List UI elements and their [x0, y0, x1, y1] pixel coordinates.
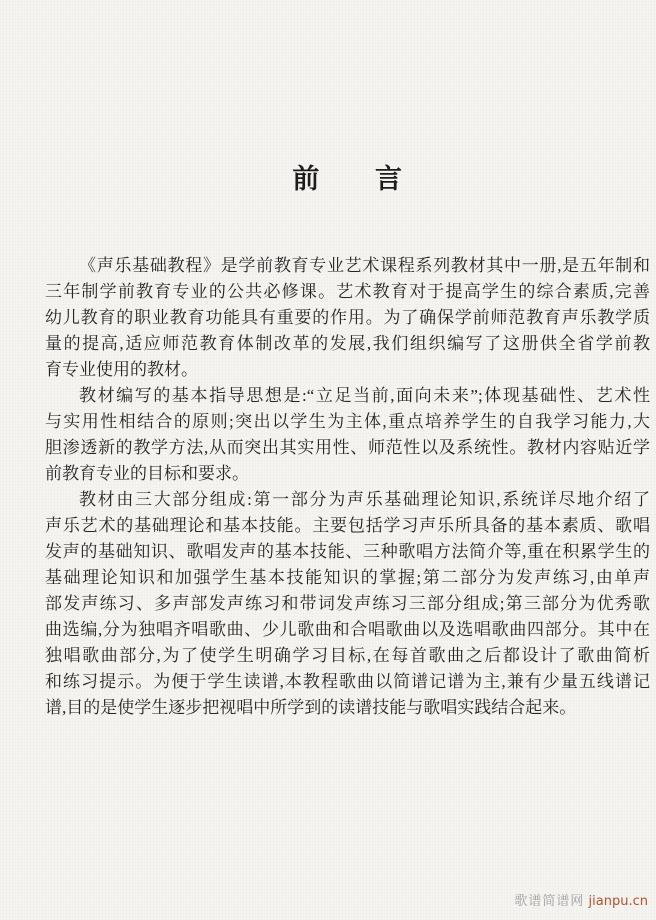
page-title: 前 言: [45, 163, 650, 195]
text-line: 教材由三大部分组成:第一部分为声乐基础理论知识,系统详尽地介绍了: [45, 487, 650, 513]
text-line: 教材编写的基本指导思想是:“立足当前,面向未来”;体现基础性、艺术性: [45, 383, 650, 409]
scanned-book-page: 前 言 《声乐基础教程》是学前教育专业艺术课程系列教材其中一册,是五年制和三年制…: [0, 0, 656, 920]
text-line: 育专业使用的教材。: [45, 357, 650, 383]
watermark: 歌谱简谱网 jianpu.cn: [514, 894, 648, 910]
text-line: 基础理论知识和加强学生基本技能知识的掌握;第二部分为发声练习,由单声: [45, 565, 650, 591]
text-line: 部发声练习、多声部发声练习和带词发声练习三部分组成;第三部分为优秀歌: [45, 591, 650, 617]
text-line: 曲选编,分为独唱齐唱歌曲、少儿歌曲和合唱歌曲以及选唱歌曲四部分。其中在: [45, 617, 650, 643]
watermark-site-name: 歌谱简谱网: [514, 894, 584, 909]
text-line: 与实用性相结合的原则;突出以学生为主体,重点培养学生的自我学习能力,大: [45, 409, 650, 435]
text-line: 独唱歌曲部分,为了使学生明确学习目标,在每首歌曲之后都设计了歌曲简析: [45, 643, 650, 669]
page-content: 前 言 《声乐基础教程》是学前教育专业艺术课程系列教材其中一册,是五年制和三年制…: [45, 0, 650, 721]
text-line: 量的提高,适应师范教育体制改革的发展,我们组织编写了这册供全省学前教: [45, 331, 650, 357]
text-line: 谱,目的是使学生逐步把视唱中所学到的读谱技能与歌唱实践结合起来。: [45, 695, 650, 721]
text-line: 发声的基础知识、歌唱发声的基本技能、三种歌唱方法简介等,重在积累学生的: [45, 539, 650, 565]
watermark-site-url: jianpu.cn: [589, 894, 648, 909]
text-line: 前教育专业的目标和要求。: [45, 461, 650, 487]
text-line: 胆渗透新的教学方法,从而突出其实用性、师范性以及系统性。教材内容贴近学: [45, 435, 650, 461]
text-line: 幼儿教育的职业教育功能具有重要的作用。为了确保学前师范教育声乐教学质: [45, 305, 650, 331]
text-line: 《声乐基础教程》是学前教育专业艺术课程系列教材其中一册,是五年制和: [45, 253, 650, 279]
text-line: 和练习提示。为便于学生读谱,本教程歌曲以简谱记谱为主,兼有少量五线谱记: [45, 669, 650, 695]
text-line: 声乐艺术的基础理论和基本技能。主要包括学习声乐所具备的基本素质、歌唱: [45, 513, 650, 539]
text-line: 三年制学前教育专业的公共必修课。艺术教育对于提高学生的综合素质,完善: [45, 279, 650, 305]
preface-body: 《声乐基础教程》是学前教育专业艺术课程系列教材其中一册,是五年制和三年制学前教育…: [45, 253, 650, 721]
